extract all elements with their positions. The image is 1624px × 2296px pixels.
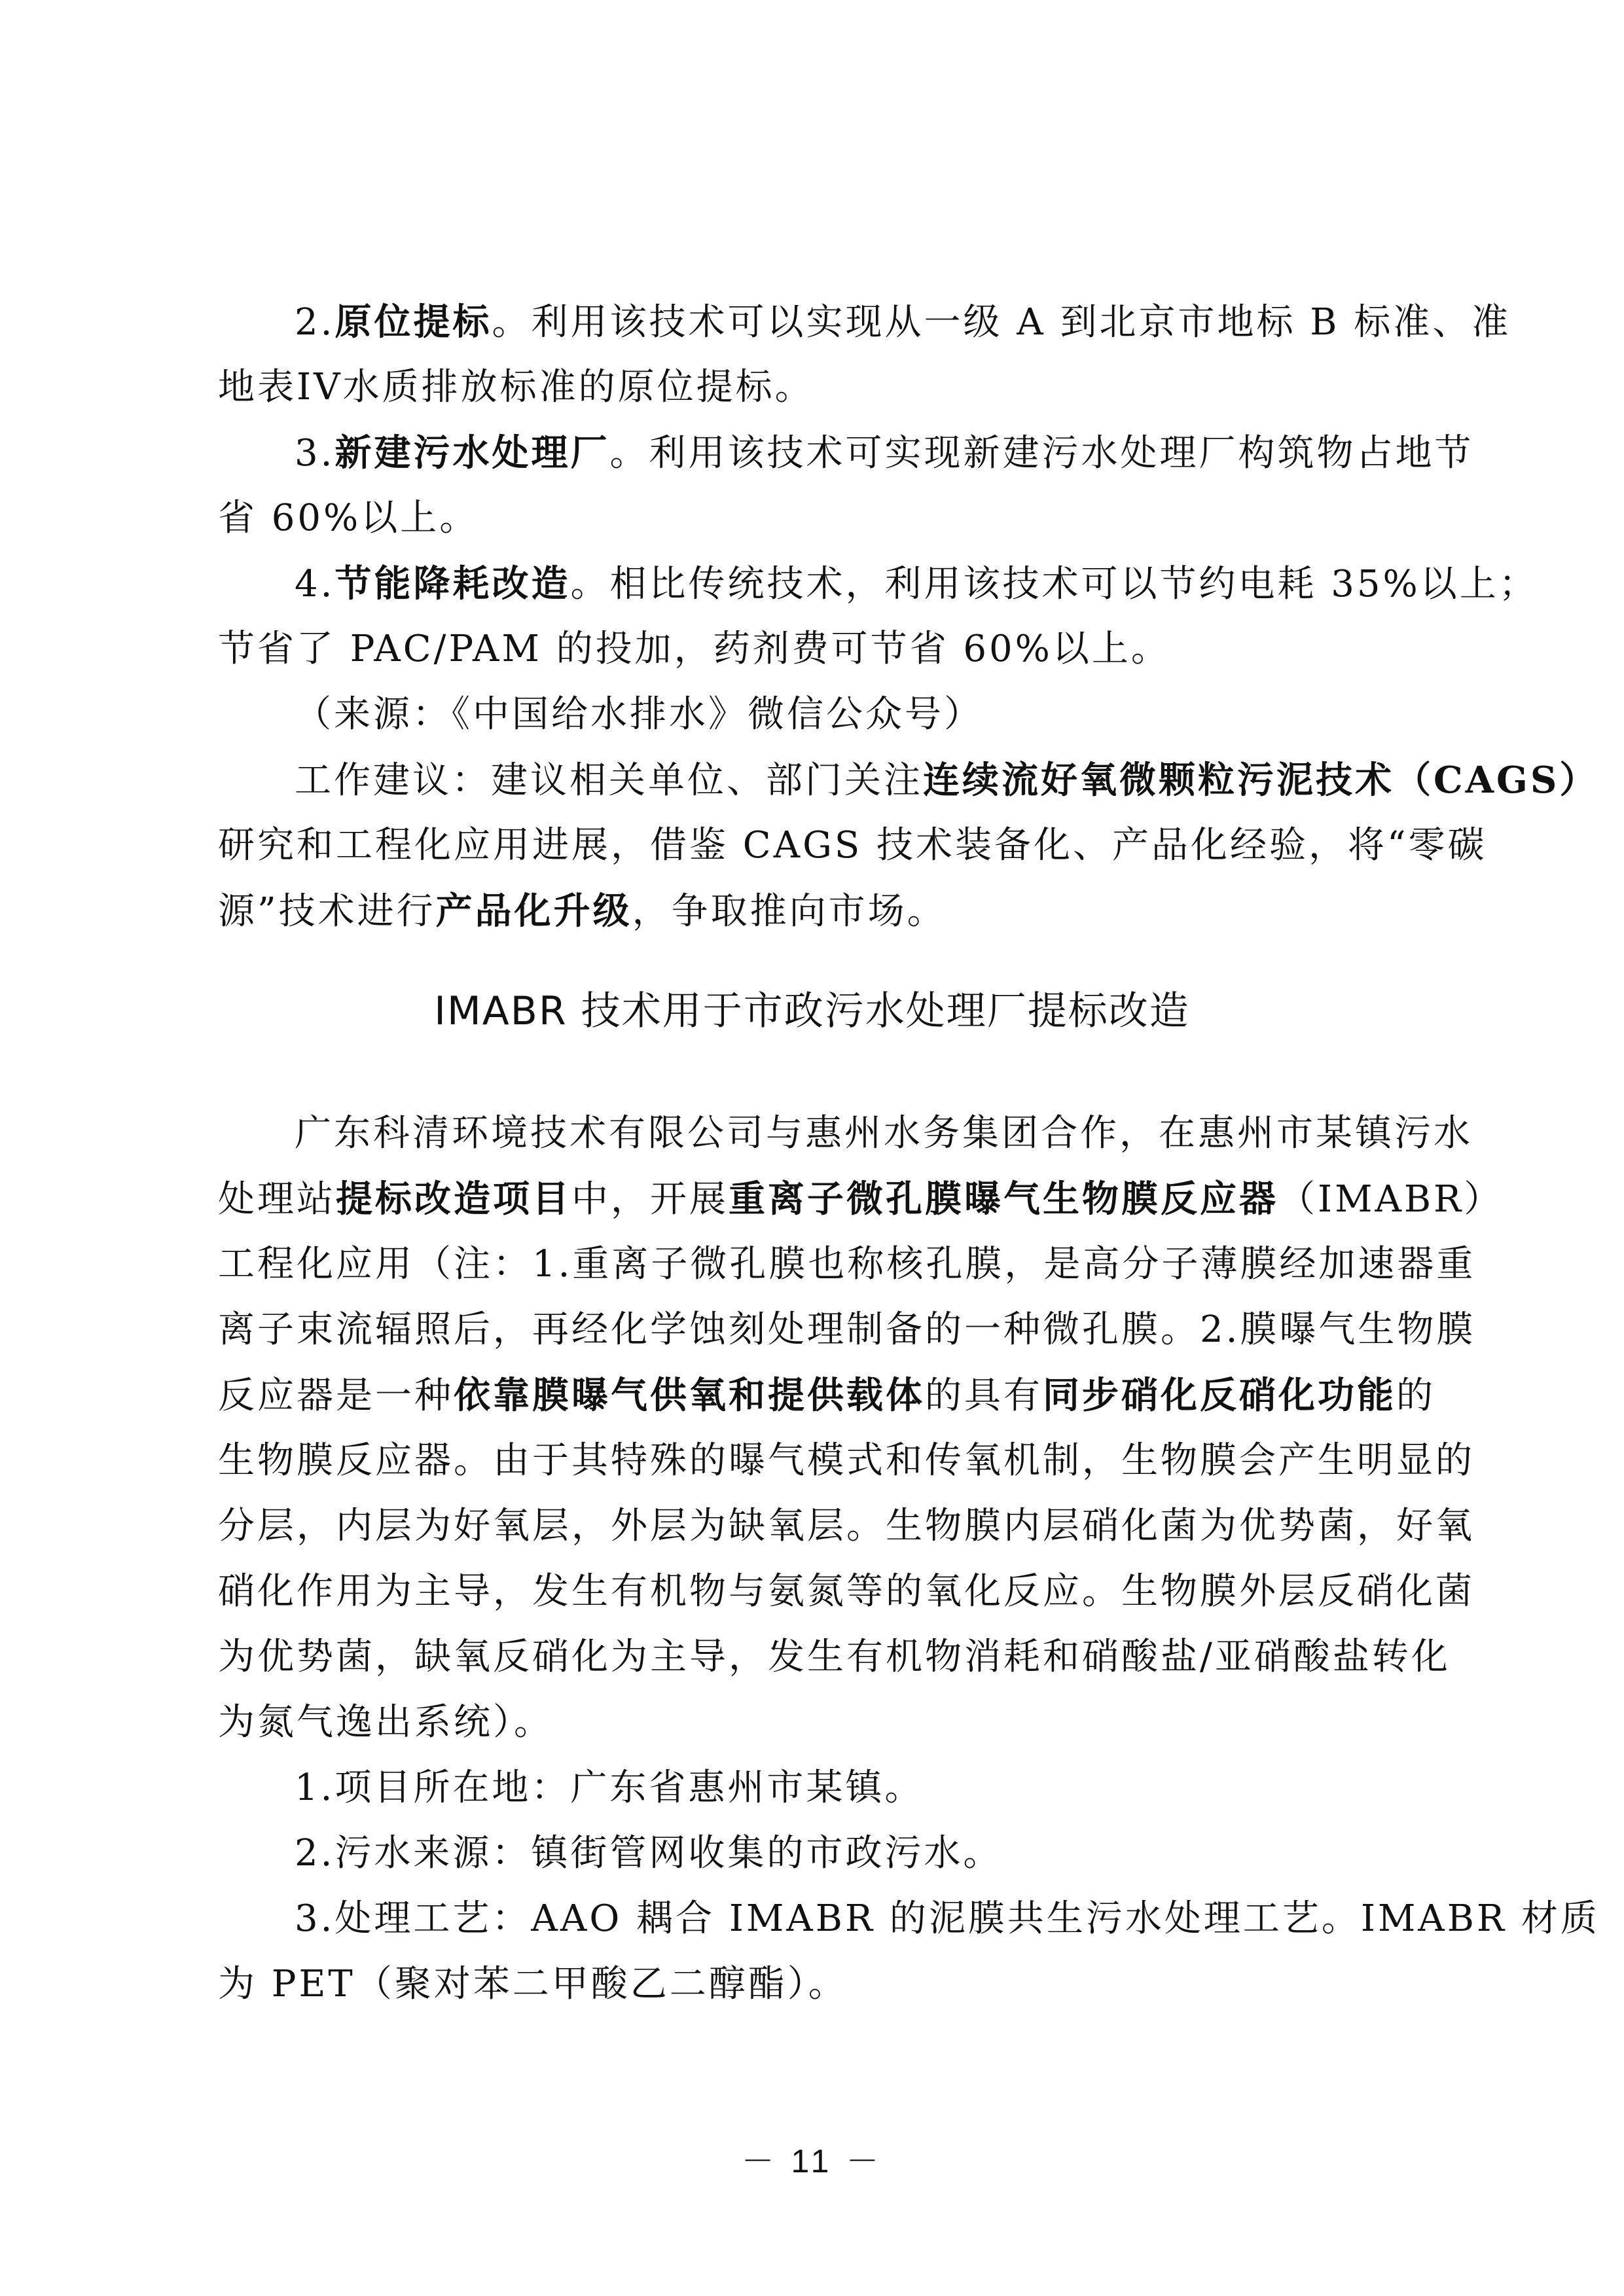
item-3-line-2: 省 60%以上。 xyxy=(218,486,1420,551)
item-heading: 节能降耗改造 xyxy=(334,562,570,605)
para-line-7: 分层，内层为好氧层，外层为缺氧层。生物膜内层硝化菌为优势菌，好氧 xyxy=(218,1494,1420,1559)
para-line-4: 离子束流辐照后，再经化学蚀刻处理制备的一种微孔膜。2.膜曝气生物膜 xyxy=(218,1297,1420,1363)
suggestion-line-1: 工作建议：建议相关单位、部门关注连续流好氧微颗粒污泥技术（CAGS） xyxy=(218,747,1420,813)
para-line-3: 工程化应用（注：1.重离子微孔膜也称核孔膜，是高分子薄膜经加速器重 xyxy=(218,1232,1420,1297)
source-citation: （来源：《中国给水排水》微信公众号） xyxy=(218,682,1420,747)
para-line-5: 反应器是一种依靠膜曝气供氧和提供载体的具有同步硝化反硝化功能的 xyxy=(218,1363,1420,1428)
para-line-6: 生物膜反应器。由于其特殊的曝气模式和传氧机制，生物膜会产生明显的 xyxy=(218,1428,1420,1494)
suggestion-text: 工作建议：建议相关单位、部门关注 xyxy=(295,759,923,802)
process-line-2: 为 PET（聚对苯二甲酸乙二醇酯）。 xyxy=(218,1952,1420,2017)
para-highlight: 提标改造项目 xyxy=(336,1177,571,1221)
suggestion-text: ，争取推向市场。 xyxy=(632,890,947,933)
item-4-line-2: 节省了 PAC/PAM 的投加，药剂费可节省 60%以上。 xyxy=(218,617,1420,682)
suggestion-highlight: 连续流好氧微颗粒污泥技术（CAGS） xyxy=(923,759,1598,802)
item-number: 2. xyxy=(295,301,334,344)
para-text: 的具有 xyxy=(925,1374,1043,1417)
sewage-source: 2.污水来源：镇街管网收集的市政污水。 xyxy=(218,1821,1420,1886)
item-3-line-1: 3.新建污水处理厂。利用该技术可实现新建污水处理厂构筑物占地节 xyxy=(218,420,1420,486)
project-location: 1.项目所在地：广东省惠州市某镇。 xyxy=(218,1755,1420,1821)
para-highlight: 依靠膜曝气供氧和提供载体 xyxy=(454,1374,925,1417)
item-text: 。利用该技术可实现新建污水处理厂构筑物占地节 xyxy=(609,432,1473,475)
document-page: 2.原位提标。利用该技术可以实现从一级 A 到北京市地标 B 标准、准 地表IV… xyxy=(0,0,1624,2296)
section-title: IMABR 技术用于市政污水处理厂提标改造 xyxy=(0,978,1624,1044)
process-line-1: 3.处理工艺：AAO 耦合 IMABR 的泥膜共生污水处理工艺。IMABR 材质 xyxy=(218,1886,1420,1952)
para-highlight: 同步硝化反硝化功能 xyxy=(1043,1374,1396,1417)
para-text: 中，开展 xyxy=(571,1178,729,1221)
item-number: 3. xyxy=(295,432,334,475)
item-heading: 原位提标 xyxy=(334,300,492,344)
item-text: 。利用该技术可以实现从一级 A 到北京市地标 B 标准、准 xyxy=(492,301,1511,344)
para-text: （IMABR） xyxy=(1278,1178,1503,1221)
suggestion-line-2: 研究和工程化应用进展，借鉴 CAGS 技术装备化、产品化经验，将“零碳 xyxy=(218,813,1420,878)
para-line-10: 为氮气逸出系统）。 xyxy=(218,1690,1420,1755)
item-2-line-2: 地表IV水质排放标准的原位提标。 xyxy=(218,355,1420,420)
para-line-8: 硝化作用为主导，发生有机物与氨氮等的氧化反应。生物膜外层反硝化菌 xyxy=(218,1559,1420,1624)
suggestion-line-3: 源”技术进行产品化升级，争取推向市场。 xyxy=(218,878,1420,944)
page-number: － 11 － xyxy=(0,2135,1624,2187)
para-text: 反应器是一种 xyxy=(218,1374,454,1417)
item-text: 。相比传统技术，利用该技术可以节约电耗 35%以上； xyxy=(570,563,1538,605)
suggestion-highlight: 产品化升级 xyxy=(436,889,632,933)
item-4-line-1: 4.节能降耗改造。相比传统技术，利用该技术可以节约电耗 35%以上； xyxy=(218,551,1420,617)
para-text: 的 xyxy=(1396,1374,1435,1417)
item-heading: 新建污水处理厂 xyxy=(334,431,609,475)
para-line-1: 广东科清环境技术有限公司与惠州水务集团合作，在惠州市某镇污水 xyxy=(218,1101,1420,1166)
para-highlight: 重离子微孔膜曝气生物膜反应器 xyxy=(729,1177,1278,1221)
para-text: 处理站 xyxy=(218,1178,336,1221)
item-number: 4. xyxy=(295,563,334,605)
item-2-line-1: 2.原位提标。利用该技术可以实现从一级 A 到北京市地标 B 标准、准 xyxy=(218,289,1420,355)
para-line-2: 处理站提标改造项目中，开展重离子微孔膜曝气生物膜反应器（IMABR） xyxy=(218,1166,1420,1232)
para-line-9: 为优势菌，缺氧反硝化为主导，发生有机物消耗和硝酸盐/亚硝酸盐转化 xyxy=(218,1624,1420,1690)
suggestion-text: 源”技术进行 xyxy=(218,890,436,933)
